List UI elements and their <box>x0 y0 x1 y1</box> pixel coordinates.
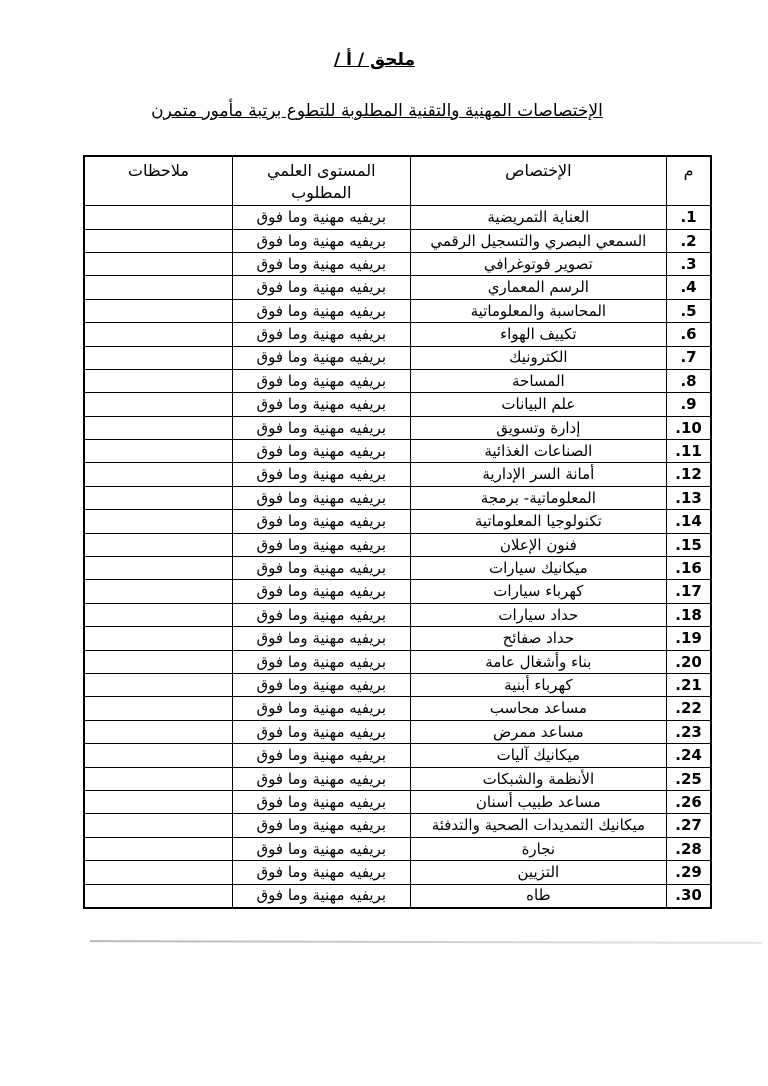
table-row: 17.كهرباء سياراتبريفيه مهنية وما فوق <box>84 580 711 603</box>
cell-notes <box>84 206 232 229</box>
cell-specialization: ميكانيك آليات <box>410 744 666 767</box>
page-subtitle: الإختصاصات المهنية والتقنية المطلوبة للت… <box>0 101 754 121</box>
table-row: 26.مساعد طبيب أسنانبريفيه مهنية وما فوق <box>84 790 711 813</box>
cell-specialization: العناية التمريضية <box>410 206 666 229</box>
table-row: 25.الأنظمة والشبكاتبريفيه مهنية وما فوق <box>84 767 711 790</box>
cell-number: 12. <box>667 463 711 486</box>
cell-number: 27. <box>667 814 711 837</box>
cell-number: 9. <box>667 393 711 416</box>
cell-notes <box>84 650 232 673</box>
cell-level: بريفيه مهنية وما فوق <box>232 510 410 533</box>
cell-level: بريفيه مهنية وما فوق <box>232 837 410 860</box>
cell-number: 8. <box>667 369 711 392</box>
table-row: 6.تكييف الهواءبريفيه مهنية وما فوق <box>84 323 711 346</box>
table-row: 29.التزيينبريفيه مهنية وما فوق <box>84 861 711 884</box>
cell-notes <box>84 627 232 650</box>
table-row: 15.فنون الإعلانبريفيه مهنية وما فوق <box>84 533 711 556</box>
cell-notes <box>84 533 232 556</box>
table-row: 4.الرسم المعماريبريفيه مهنية وما فوق <box>84 276 711 299</box>
cell-number: 20. <box>667 650 711 673</box>
cell-specialization: تكييف الهواء <box>410 323 666 346</box>
cell-level: بريفيه مهنية وما فوق <box>232 790 410 813</box>
cell-level: بريفيه مهنية وما فوق <box>232 393 410 416</box>
table-row: 11.الصناعات الغذائيةبريفيه مهنية وما فوق <box>84 440 711 463</box>
cell-level: بريفيه مهنية وما فوق <box>232 229 410 252</box>
cell-level: بريفيه مهنية وما فوق <box>232 884 410 908</box>
cell-number: 1. <box>667 206 711 229</box>
cell-notes <box>84 276 232 299</box>
cell-specialization: نجارة <box>410 837 666 860</box>
cell-level: بريفيه مهنية وما فوق <box>232 603 410 626</box>
table-row: 12.أمانة السر الإداريةبريفيه مهنية وما ف… <box>84 463 711 486</box>
cell-number: 19. <box>667 627 711 650</box>
cell-level: بريفيه مهنية وما فوق <box>232 276 410 299</box>
table-row: 20.بناء وأشغال عامةبريفيه مهنية وما فوق <box>84 650 711 673</box>
cell-notes <box>84 861 232 884</box>
table-row: 13.المعلوماتية- برمجةبريفيه مهنية وما فو… <box>84 486 711 509</box>
cell-notes <box>84 393 232 416</box>
page-title: ملحق / أ / <box>334 50 415 70</box>
table-row: 30.طاهبريفيه مهنية وما فوق <box>84 884 711 908</box>
table-row: 3.تصوير فوتوغرافيبريفيه مهنية وما فوق <box>84 252 711 275</box>
cell-notes <box>84 486 232 509</box>
cell-specialization: الكترونيك <box>410 346 666 369</box>
cell-notes <box>84 252 232 275</box>
cell-level: بريفيه مهنية وما فوق <box>232 557 410 580</box>
cell-number: 24. <box>667 744 711 767</box>
cell-notes <box>84 603 232 626</box>
cell-level: بريفيه مهنية وما فوق <box>232 767 410 790</box>
table-row: 21.كهرباء أبنيةبريفيه مهنية وما فوق <box>84 674 711 697</box>
cell-number: 26. <box>667 790 711 813</box>
cell-specialization: طاه <box>410 884 666 908</box>
table-row: 14.تكنولوجيا المعلوماتيةبريفيه مهنية وما… <box>84 510 711 533</box>
cell-notes <box>84 790 232 813</box>
cell-notes <box>84 323 232 346</box>
header-level: المستوى العلمي المطلوب <box>232 156 410 206</box>
cell-number: 10. <box>667 416 711 439</box>
cell-level: بريفيه مهنية وما فوق <box>232 720 410 743</box>
table-row: 24.ميكانيك آلياتبريفيه مهنية وما فوق <box>84 744 711 767</box>
cell-notes <box>84 557 232 580</box>
table-row: 16.ميكانيك سياراتبريفيه مهنية وما فوق <box>84 557 711 580</box>
table-row: 7.الكترونيكبريفيه مهنية وما فوق <box>84 346 711 369</box>
cell-level: بريفيه مهنية وما فوق <box>232 627 410 650</box>
cell-specialization: ميكانيك التمديدات الصحية والتدفئة <box>410 814 666 837</box>
cell-level: بريفيه مهنية وما فوق <box>232 814 410 837</box>
table-row: 28.نجارةبريفيه مهنية وما فوق <box>84 837 711 860</box>
table-row: 2.السمعي البصري والتسجيل الرقميبريفيه مه… <box>84 229 711 252</box>
cell-notes <box>84 440 232 463</box>
cell-notes <box>84 837 232 860</box>
cell-level: بريفيه مهنية وما فوق <box>232 369 410 392</box>
cell-specialization: تكنولوجيا المعلوماتية <box>410 510 666 533</box>
table-row: 27.ميكانيك التمديدات الصحية والتدفئةبريف… <box>84 814 711 837</box>
cell-notes <box>84 463 232 486</box>
cell-specialization: أمانة السر الإدارية <box>410 463 666 486</box>
cell-number: 5. <box>667 299 711 322</box>
cell-notes <box>84 814 232 837</box>
cell-number: 14. <box>667 510 711 533</box>
cell-level: بريفيه مهنية وما فوق <box>232 416 410 439</box>
header-notes: ملاحظات <box>84 156 232 206</box>
cell-level: بريفيه مهنية وما فوق <box>232 206 410 229</box>
cell-number: 22. <box>667 697 711 720</box>
header-specialization: الإختصاص <box>410 156 666 206</box>
cell-number: 13. <box>667 486 711 509</box>
cell-specialization: كهرباء أبنية <box>410 674 666 697</box>
table-row: 19.حداد صفائحبريفيه مهنية وما فوق <box>84 627 711 650</box>
cell-notes <box>84 346 232 369</box>
table-row: 5.المحاسبة والمعلوماتيةبريفيه مهنية وما … <box>84 299 711 322</box>
table-row: 9.علم البياناتبريفيه مهنية وما فوق <box>84 393 711 416</box>
cell-number: 17. <box>667 580 711 603</box>
cell-specialization: حداد صفائح <box>410 627 666 650</box>
header-level-label: المستوى العلمي المطلوب <box>260 160 382 203</box>
cell-level: بريفيه مهنية وما فوق <box>232 299 410 322</box>
cell-notes <box>84 580 232 603</box>
header-number: م <box>667 156 711 206</box>
cell-specialization: المساحة <box>410 369 666 392</box>
cell-specialization: علم البيانات <box>410 393 666 416</box>
cell-number: 7. <box>667 346 711 369</box>
cell-specialization: الرسم المعماري <box>410 276 666 299</box>
table-header-row: م الإختصاص المستوى العلمي المطلوب ملاحظا… <box>84 156 711 206</box>
cell-specialization: التزيين <box>410 861 666 884</box>
cell-number: 15. <box>667 533 711 556</box>
cell-number: 6. <box>667 323 711 346</box>
cell-specialization: مساعد طبيب أسنان <box>410 790 666 813</box>
cell-specialization: تصوير فوتوغرافي <box>410 252 666 275</box>
table-row: 18.حداد سياراتبريفيه مهنية وما فوق <box>84 603 711 626</box>
cell-notes <box>84 720 232 743</box>
cell-notes <box>84 510 232 533</box>
cell-level: بريفيه مهنية وما فوق <box>232 697 410 720</box>
cell-number: 28. <box>667 837 711 860</box>
cell-level: بريفيه مهنية وما فوق <box>232 580 410 603</box>
cell-notes <box>84 229 232 252</box>
table-row: 10.إدارة وتسويقبريفيه مهنية وما فوق <box>84 416 711 439</box>
cell-notes <box>84 697 232 720</box>
cell-level: بريفيه مهنية وما فوق <box>232 486 410 509</box>
cell-number: 3. <box>667 252 711 275</box>
cell-specialization: حداد سيارات <box>410 603 666 626</box>
cell-notes <box>84 884 232 908</box>
cell-number: 4. <box>667 276 711 299</box>
table-row: 22.مساعد محاسببريفيه مهنية وما فوق <box>84 697 711 720</box>
cell-level: بريفيه مهنية وما فوق <box>232 650 410 673</box>
table-row: 8.المساحةبريفيه مهنية وما فوق <box>84 369 711 392</box>
cell-specialization: الأنظمة والشبكات <box>410 767 666 790</box>
cell-notes <box>84 369 232 392</box>
document-page: ملحق / أ / الإختصاصات المهنية والتقنية ا… <box>0 0 768 1086</box>
cell-notes <box>84 299 232 322</box>
table-header: م الإختصاص المستوى العلمي المطلوب ملاحظا… <box>84 156 711 206</box>
scan-artifact-line <box>90 940 762 943</box>
cell-specialization: إدارة وتسويق <box>410 416 666 439</box>
cell-level: بريفيه مهنية وما فوق <box>232 674 410 697</box>
cell-level: بريفيه مهنية وما فوق <box>232 463 410 486</box>
cell-number: 18. <box>667 603 711 626</box>
cell-level: بريفيه مهنية وما فوق <box>232 346 410 369</box>
cell-notes <box>84 416 232 439</box>
cell-level: بريفيه مهنية وما فوق <box>232 323 410 346</box>
cell-notes <box>84 767 232 790</box>
cell-number: 16. <box>667 557 711 580</box>
cell-number: 29. <box>667 861 711 884</box>
cell-number: 30. <box>667 884 711 908</box>
cell-specialization: فنون الإعلان <box>410 533 666 556</box>
cell-specialization: مساعد محاسب <box>410 697 666 720</box>
cell-notes <box>84 744 232 767</box>
cell-number: 11. <box>667 440 711 463</box>
cell-level: بريفيه مهنية وما فوق <box>232 744 410 767</box>
cell-specialization: السمعي البصري والتسجيل الرقمي <box>410 229 666 252</box>
table-body: 1.العناية التمريضيةبريفيه مهنية وما فوق2… <box>84 206 711 908</box>
cell-number: 2. <box>667 229 711 252</box>
cell-specialization: الصناعات الغذائية <box>410 440 666 463</box>
cell-level: بريفيه مهنية وما فوق <box>232 861 410 884</box>
cell-level: بريفيه مهنية وما فوق <box>232 440 410 463</box>
cell-number: 23. <box>667 720 711 743</box>
cell-number: 25. <box>667 767 711 790</box>
cell-specialization: ميكانيك سيارات <box>410 557 666 580</box>
cell-number: 21. <box>667 674 711 697</box>
cell-specialization: المحاسبة والمعلوماتية <box>410 299 666 322</box>
cell-level: بريفيه مهنية وما فوق <box>232 533 410 556</box>
cell-specialization: مساعد ممرض <box>410 720 666 743</box>
cell-specialization: بناء وأشغال عامة <box>410 650 666 673</box>
specializations-table: م الإختصاص المستوى العلمي المطلوب ملاحظا… <box>83 155 712 909</box>
table-row: 1.العناية التمريضيةبريفيه مهنية وما فوق <box>84 206 711 229</box>
cell-level: بريفيه مهنية وما فوق <box>232 252 410 275</box>
cell-notes <box>84 674 232 697</box>
cell-specialization: المعلوماتية- برمجة <box>410 486 666 509</box>
cell-specialization: كهرباء سيارات <box>410 580 666 603</box>
table-row: 23.مساعد ممرضبريفيه مهنية وما فوق <box>84 720 711 743</box>
